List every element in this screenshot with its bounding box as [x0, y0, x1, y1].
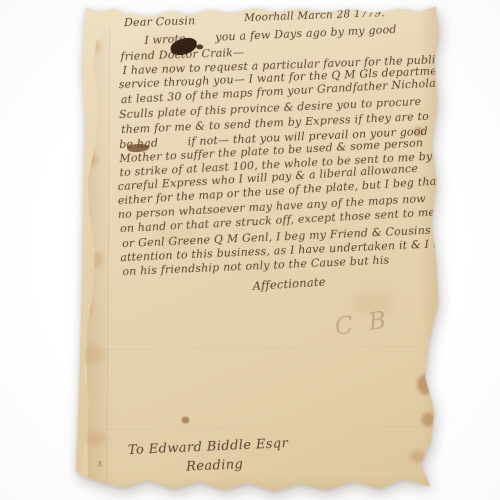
closing: Affectionate	[252, 276, 326, 292]
stain	[181, 417, 189, 424]
horizontal-crease	[83, 347, 423, 352]
salutation: Dear Cousin	[124, 15, 196, 29]
stain	[410, 450, 426, 462]
edge-shading-bottom	[64, 474, 444, 497]
signature: C B	[333, 305, 392, 341]
dateline: Moorhall March 28 1779.	[244, 7, 385, 24]
stain	[421, 412, 434, 426]
horizontal-crease	[84, 427, 424, 432]
letter-sheet: Dear Cousin Moorhall March 28 1779. I wr…	[60, 2, 444, 497]
page-mark: 3	[98, 461, 102, 468]
address-place: Reading	[186, 459, 244, 473]
letter-paper: Dear Cousin Moorhall March 28 1779. I wr…	[60, 2, 444, 497]
address-name: To Edward Biddle Esqr	[128, 438, 289, 457]
stain	[417, 374, 433, 394]
stain	[86, 431, 106, 446]
